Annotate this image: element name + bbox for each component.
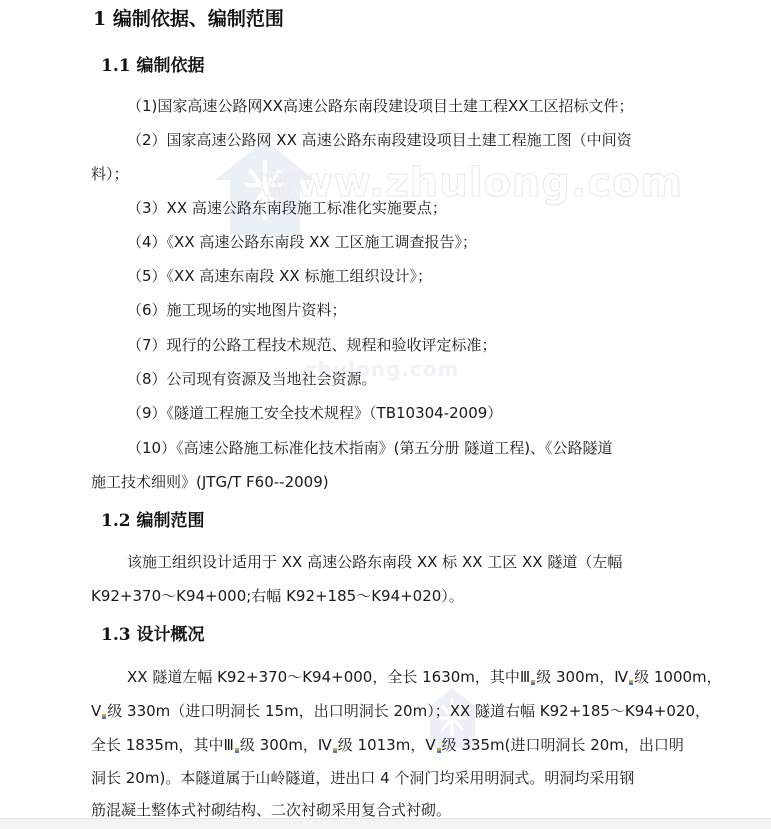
text-segment: XX 隧道左幅 K92+370～K94+000，全长 1630m，其中Ⅲ: [127, 668, 530, 686]
page-bottom-edge: [0, 818, 771, 829]
text-segment: Ⅴ: [91, 702, 101, 720]
text-segment: 洞长 20m)。本隧道属于山岭隧道，进出口 4 个洞门均采用明洞式。明洞均采用钢: [91, 769, 634, 787]
design-overview-line-4: 洞长 20m)。本隧道属于山岭隧道，进出口 4 个洞门均采用明洞式。明洞均采用钢: [91, 768, 634, 788]
reference-item-4: （4）《XX 高速公路东南段 XX 工区施工调查报告》；: [127, 232, 477, 252]
design-overview-line-2: Ⅴ级 330m（进口明洞长 15m，出口明洞长 20m）；XX 隧道右幅 K92…: [91, 701, 710, 721]
text-segment: 筋混凝土整体式衬砌结构、二次衬砌采用复合式衬砌。: [91, 801, 451, 819]
reference-item-9: （9）《隧道工程施工安全技术规程》（TB10304-2009）: [127, 403, 502, 423]
text-segment: 全长 1835m，其中Ⅲ: [91, 736, 234, 754]
subscript-icon: [102, 714, 106, 719]
reference-item-1: （1)国家高速公路网XX高速公路东南段建设项目土建工程XX工区招标文件；: [127, 96, 634, 116]
subscript-icon: [629, 680, 633, 685]
reference-item-2-cont: 料）；: [91, 164, 129, 184]
document-page: www.zhulong.com zhulong.com 1 编制依据、编制范围 …: [0, 0, 771, 818]
section-1-3-title: 1.3 设计概况: [101, 625, 205, 645]
scope-paragraph-line-2: K92+370～K94+000;右幅 K92+185～K94+020）。: [91, 586, 464, 606]
subscript-icon: [531, 680, 535, 685]
text-segment: 级 1000m，: [634, 668, 722, 686]
text-segment: 级 300m，Ⅳ: [240, 736, 332, 754]
scope-paragraph-line-1: 该施工组织设计适用于 XX 高速公路东南段 XX 标 XX 工区 XX 隧道（左…: [127, 552, 622, 572]
section-1-1-title: 1.1 编制依据: [101, 56, 205, 76]
reference-item-3: （3）XX 高速公路东南段施工标准化实施要点；: [127, 198, 447, 218]
reference-item-7: （7）现行的公路工程技术规范、规程和验收评定标准；: [127, 335, 497, 355]
design-overview-line-1: XX 隧道左幅 K92+370～K94+000，全长 1630m，其中Ⅲ级 30…: [127, 667, 722, 687]
subscript-icon: [333, 748, 337, 753]
reference-item-2: （2）国家高速公路网 XX 高速公路东南段建设项目土建工程施工图（中间资: [127, 130, 632, 150]
text-segment: 级 300m，Ⅳ: [536, 668, 628, 686]
design-overview-line-5: 筋混凝土整体式衬砌结构、二次衬砌采用复合式衬砌。: [91, 800, 451, 820]
reference-item-6: （6）施工现场的实地图片资料；: [127, 300, 347, 320]
text-segment: 级 335m(进口明洞长 20m，出口明: [442, 736, 684, 754]
design-overview-line-3: 全长 1835m，其中Ⅲ级 300m，Ⅳ级 1013m，Ⅴ级 335m(进口明洞…: [91, 735, 684, 755]
section-1-2-title: 1.2 编制范围: [101, 511, 205, 531]
reference-item-5: （5）《XX 高速东南段 XX 标施工组织设计》；: [127, 266, 432, 286]
text-segment: 级 1013m，Ⅴ: [338, 736, 436, 754]
reference-item-10: （10）《高速公路施工标准化技术指南》(第五分册 隧道工程)、《公路隧道: [127, 438, 613, 458]
reference-item-8: （8）公司现有资源及当地社会资源。: [127, 369, 377, 389]
subscript-icon: [437, 748, 441, 753]
subscript-icon: [235, 748, 239, 753]
heading-1: 1 编制依据、编制范围: [93, 9, 284, 29]
text-segment: 级 330m（进口明洞长 15m，出口明洞长 20m）；XX 隧道右幅 K92+…: [107, 702, 710, 720]
reference-item-10-cont: 施工技术细则》(JTG/T F60--2009): [91, 472, 329, 492]
